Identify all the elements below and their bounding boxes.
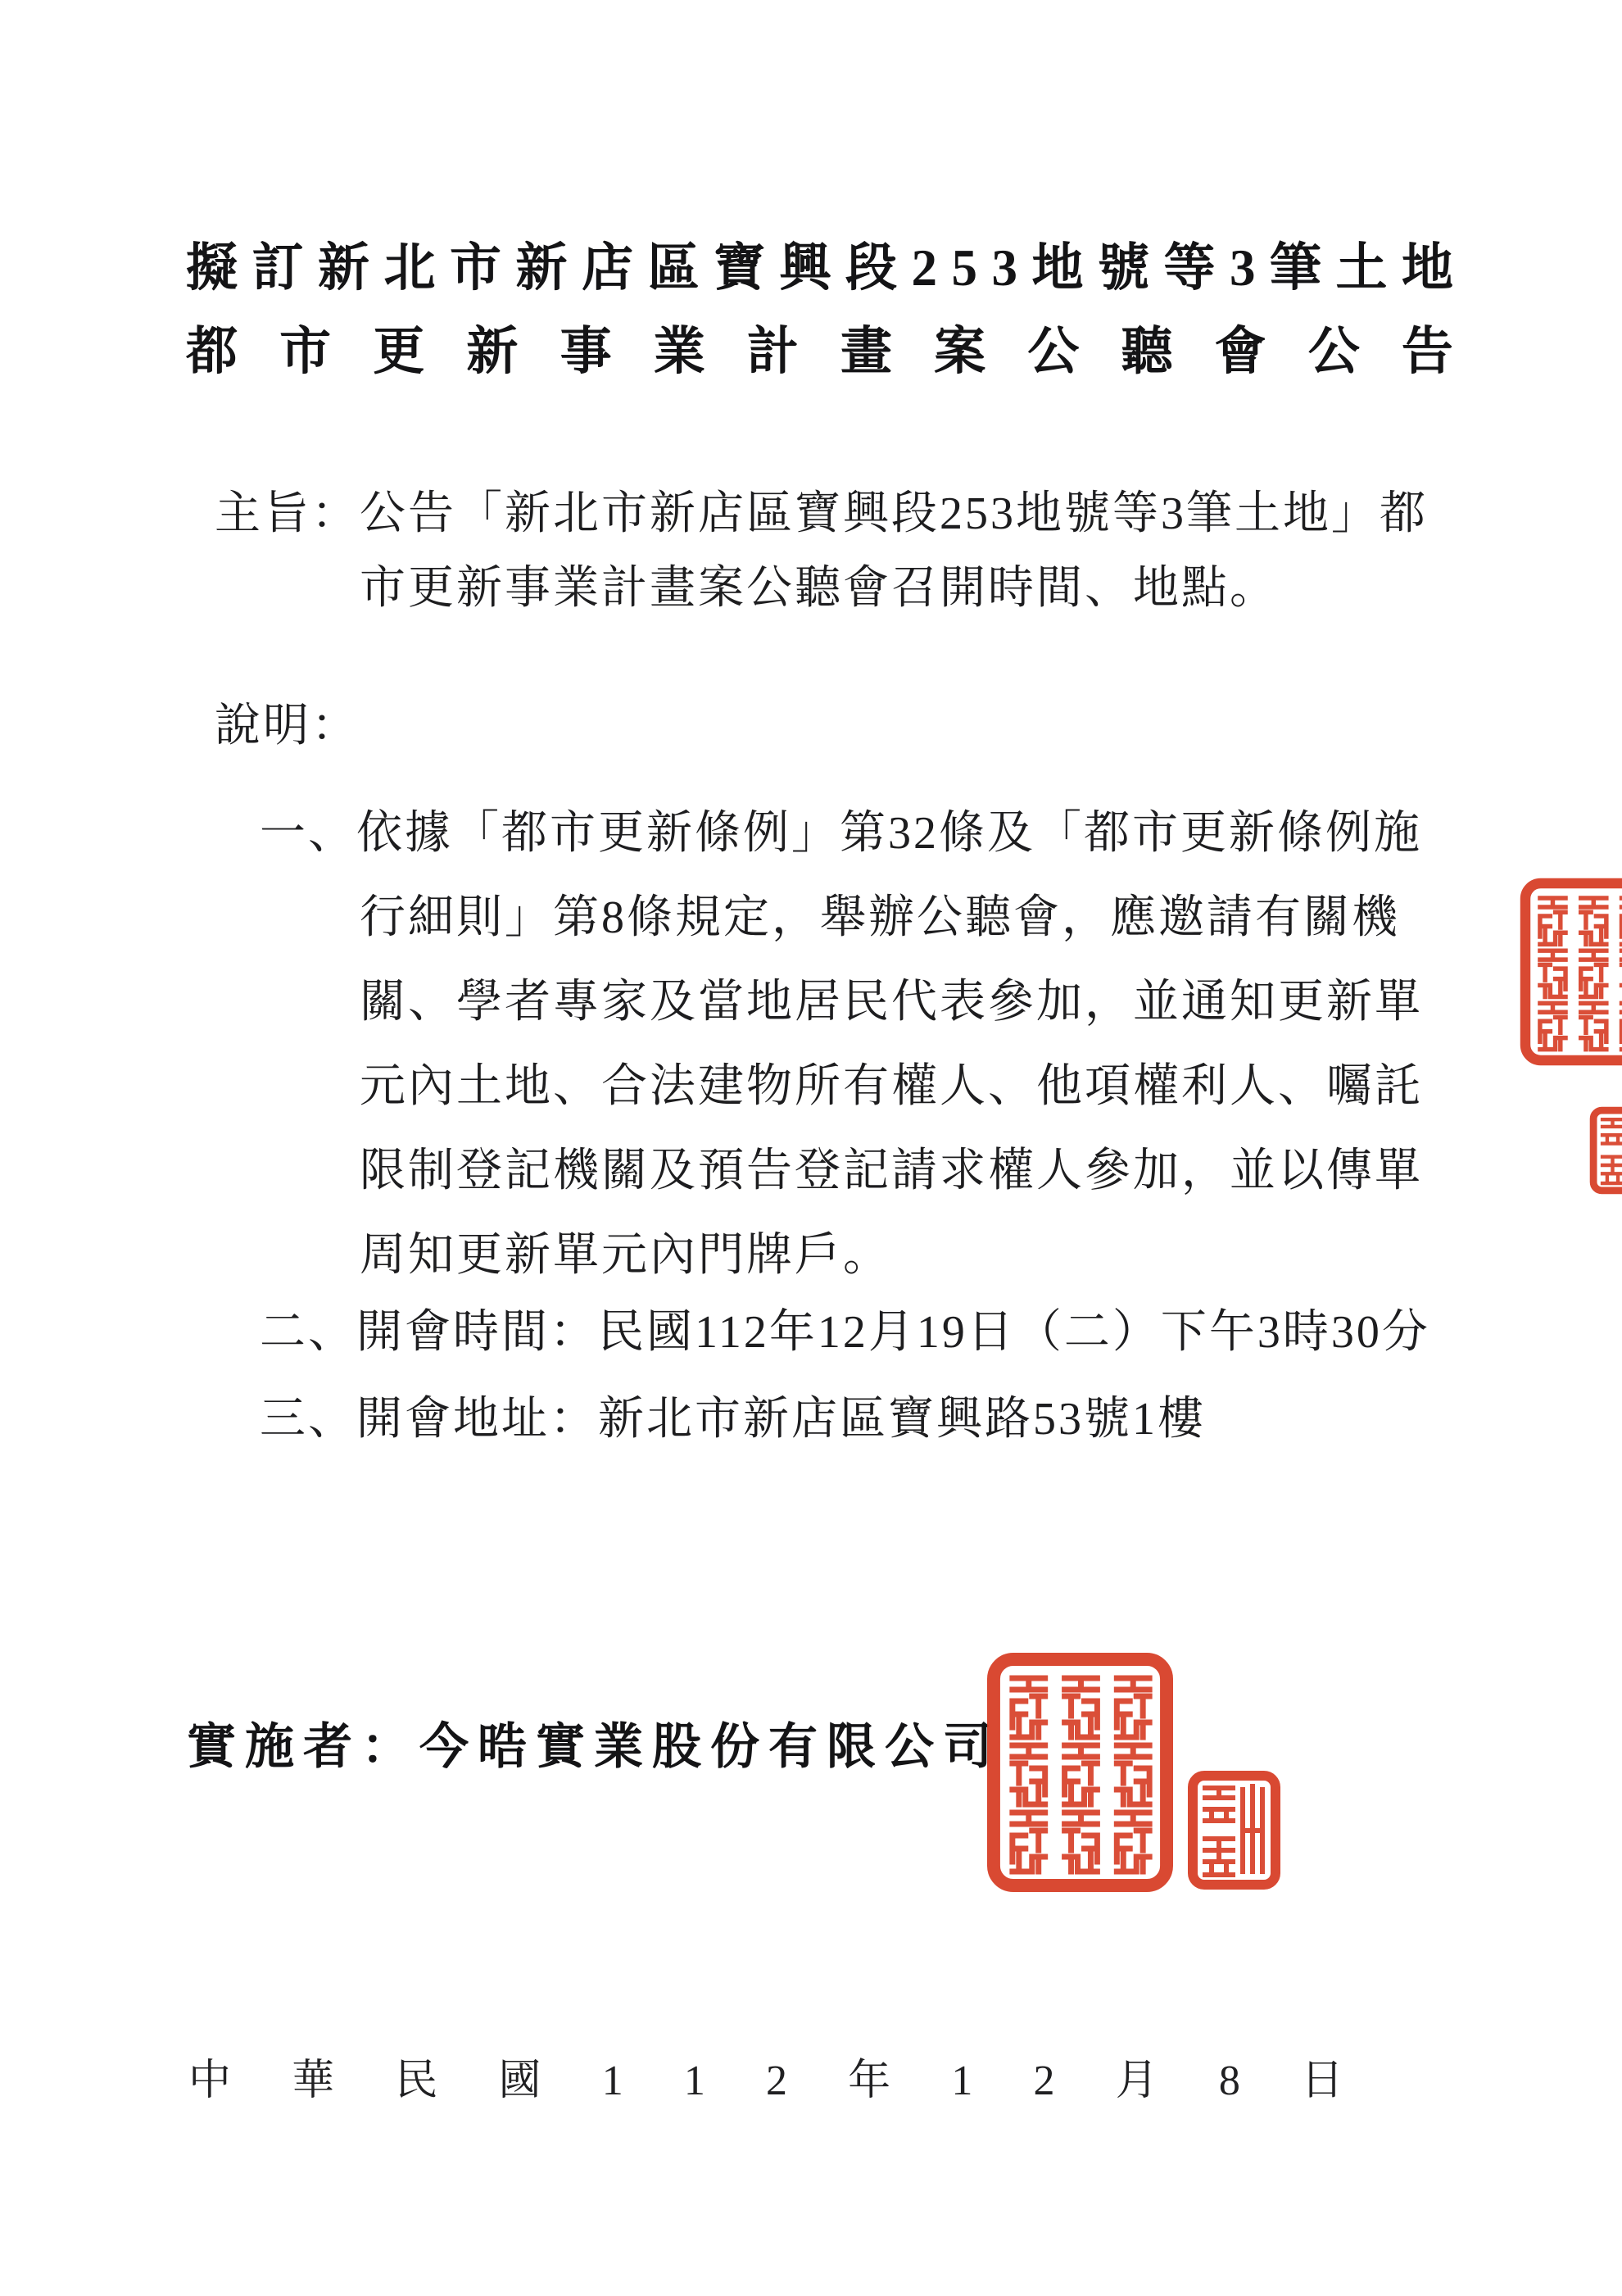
explanation-heading: 說明： [215,703,360,749]
item1-line-6: 周知更新單元內門牌戶。 [360,1232,891,1278]
item1-line-1: 一、依據「都市更新條例」第32條及「都市更新條例施 [260,810,1422,856]
item3-meeting-address: 三、開會地址：新北市新店區寶興路53號1樓 [260,1396,1206,1442]
edge-company-seal-stamp [1520,878,1622,1066]
item1-line-4: 元內土地、合法建物所有權人、他項權利人、囑託 [360,1064,1423,1109]
implementer-line: 實施者：今晧實業股份有限公司 [187,1722,1001,1772]
company-seal-stamp [986,1652,1174,1893]
announcement-document: 擬訂新北市新店區寶興段253地號等3筆土地 都市更新事業計畫案公聽會公告 主旨：… [0,0,1622,2296]
subject-line-2: 市更新事業計畫案公聽會召開時間、地點。 [360,565,1278,611]
edge-personal-seal-stamp [1589,1106,1622,1195]
item1-line-5: 限制登記機關及預告登記請求權人參加，並以傳單 [360,1148,1423,1194]
item1-line-2: 行細則」第8條規定，舉辦公聽會，應邀請有關機 [360,895,1400,941]
document-title-line-2: 都市更新事業計畫案公聽會公告 [186,326,1453,378]
document-title-line-1: 擬訂新北市新店區寶興段253地號等3筆土地 [186,243,1453,294]
item1-line-3: 關、學者專家及當地居民代表參加，並通知更新單 [360,979,1423,1025]
subject-line-1: 主旨：公告「新北市新店區寶興段253地號等3筆土地」都 [215,491,1428,537]
personal-name-seal-stamp [1187,1770,1281,1890]
item2-meeting-time: 二、開會時間：民國112年12月19日（二）下午3時30分 [260,1309,1430,1355]
republic-era-date-line: 中華民國112年12月8日 [188,2060,1343,2103]
